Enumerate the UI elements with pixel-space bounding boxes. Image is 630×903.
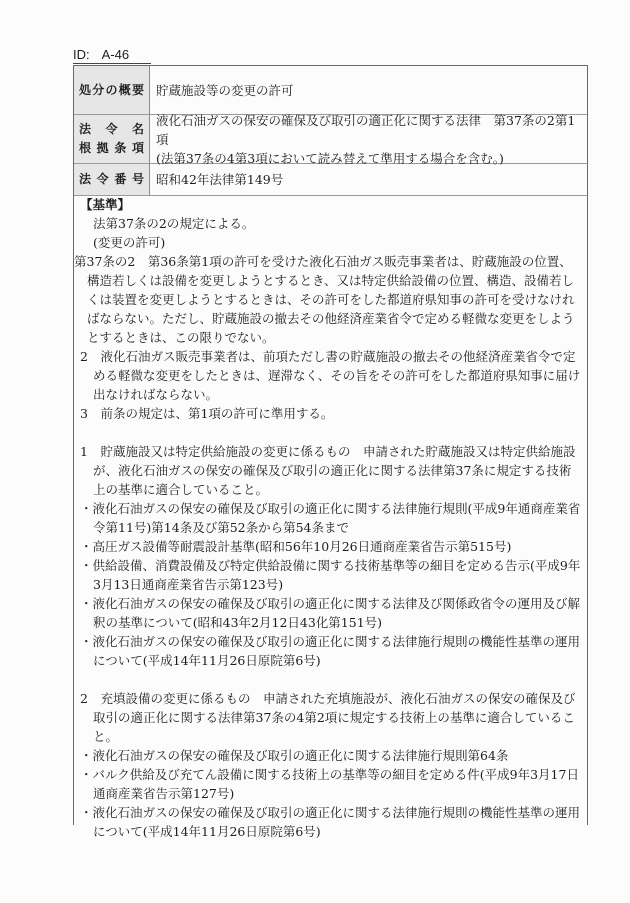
section-1-bullet: ・液化石油ガスの保安の確保及び取引の適正化に関する法律施行規則(平成9年通商産業… bbox=[80, 499, 581, 537]
section-1-bullet: ・高圧ガス設備等耐震設計基準(昭和56年10月26日通商産業省告示第515号) bbox=[80, 537, 581, 556]
article-text: 第37条の2 第36条第1項の許可を受けた液化石油ガス販売事業者は、貯蔵施設の位… bbox=[74, 252, 581, 347]
document-id-value: A-46 bbox=[102, 47, 129, 62]
section-1-title: 1 貯蔵施設又は特定供給施設の変更に係るもの 申請された貯蔵施設又は特定供給施設… bbox=[80, 442, 581, 499]
section-1-bullet: ・液化石油ガスの保安の確保及び取引の適正化に関する法律及び関係政省令の運用及び解… bbox=[80, 594, 581, 632]
section-1-bullet: ・液化石油ガスの保安の確保及び取引の適正化に関する法律施行規則の機能性基準の運用… bbox=[80, 632, 581, 670]
criteria-heading: 【基準】 bbox=[80, 195, 581, 214]
section-2-bullet: ・バルク供給及び充てん設備に関する技術上の基準等の細目を定める件(平成9年3月1… bbox=[80, 765, 581, 803]
law-number-value: 昭和42年法律第149号 bbox=[150, 164, 587, 195]
document-id-label: ID: bbox=[73, 47, 90, 62]
section-1-bullet: ・供給設備、消費設備及び特定供給設備に関する技術基準等の細目を定める告示(平成9… bbox=[80, 556, 581, 594]
law-number-label: 法令番号 bbox=[74, 164, 150, 195]
article-paragraph-3: 3 前条の規定は、第1項の許可に準用する。 bbox=[80, 404, 581, 423]
section-2-bullet: ・液化石油ガスの保安の確保及び取引の適正化に関する法律施行規則の機能性基準の運用… bbox=[80, 803, 581, 841]
summary-row: 処分の概要 貯蔵施設等の変更の許可 bbox=[74, 66, 587, 115]
criteria-intro: 法第37条の2の規定による。 bbox=[80, 214, 581, 233]
article-caption: (変更の許可) bbox=[80, 233, 581, 252]
law-number-row: 法令番号 昭和42年法律第149号 bbox=[74, 164, 587, 196]
law-label: 法 令 名 根拠条項 bbox=[74, 115, 150, 163]
section-2-bullet: ・液化石油ガスの保安の確保及び取引の適正化に関する法律施行規則第64条 bbox=[80, 746, 581, 765]
law-value: 液化石油ガスの保安の確保及び取引の適正化に関する法律 第37条の2第1項 (法第… bbox=[150, 115, 587, 163]
section-2-title: 2 充填設備の変更に係るもの 申請された充填施設が、液化石油ガスの保安の確保及び… bbox=[80, 689, 581, 746]
article-paragraph-2: 2 液化石油ガス販売事業者は、前項ただし書の貯蔵施設の撤去その他経済産業省令で定… bbox=[80, 347, 581, 404]
summary-label: 処分の概要 bbox=[74, 66, 150, 114]
law-row: 法 令 名 根拠条項 液化石油ガスの保安の確保及び取引の適正化に関する法律 第3… bbox=[74, 115, 587, 164]
document-id: ID:A-46 bbox=[73, 47, 151, 64]
criteria-section: 【基準】 法第37条の2の規定による。 (変更の許可) 第37条の2 第36条第… bbox=[73, 193, 588, 825]
summary-table: 処分の概要 貯蔵施設等の変更の許可 法 令 名 根拠条項 液化石油ガスの保安の確… bbox=[73, 65, 588, 196]
summary-value: 貯蔵施設等の変更の許可 bbox=[150, 66, 587, 114]
law-value-line1: 液化石油ガスの保安の確保及び取引の適正化に関する法律 第37条の2第1項 bbox=[156, 111, 581, 149]
